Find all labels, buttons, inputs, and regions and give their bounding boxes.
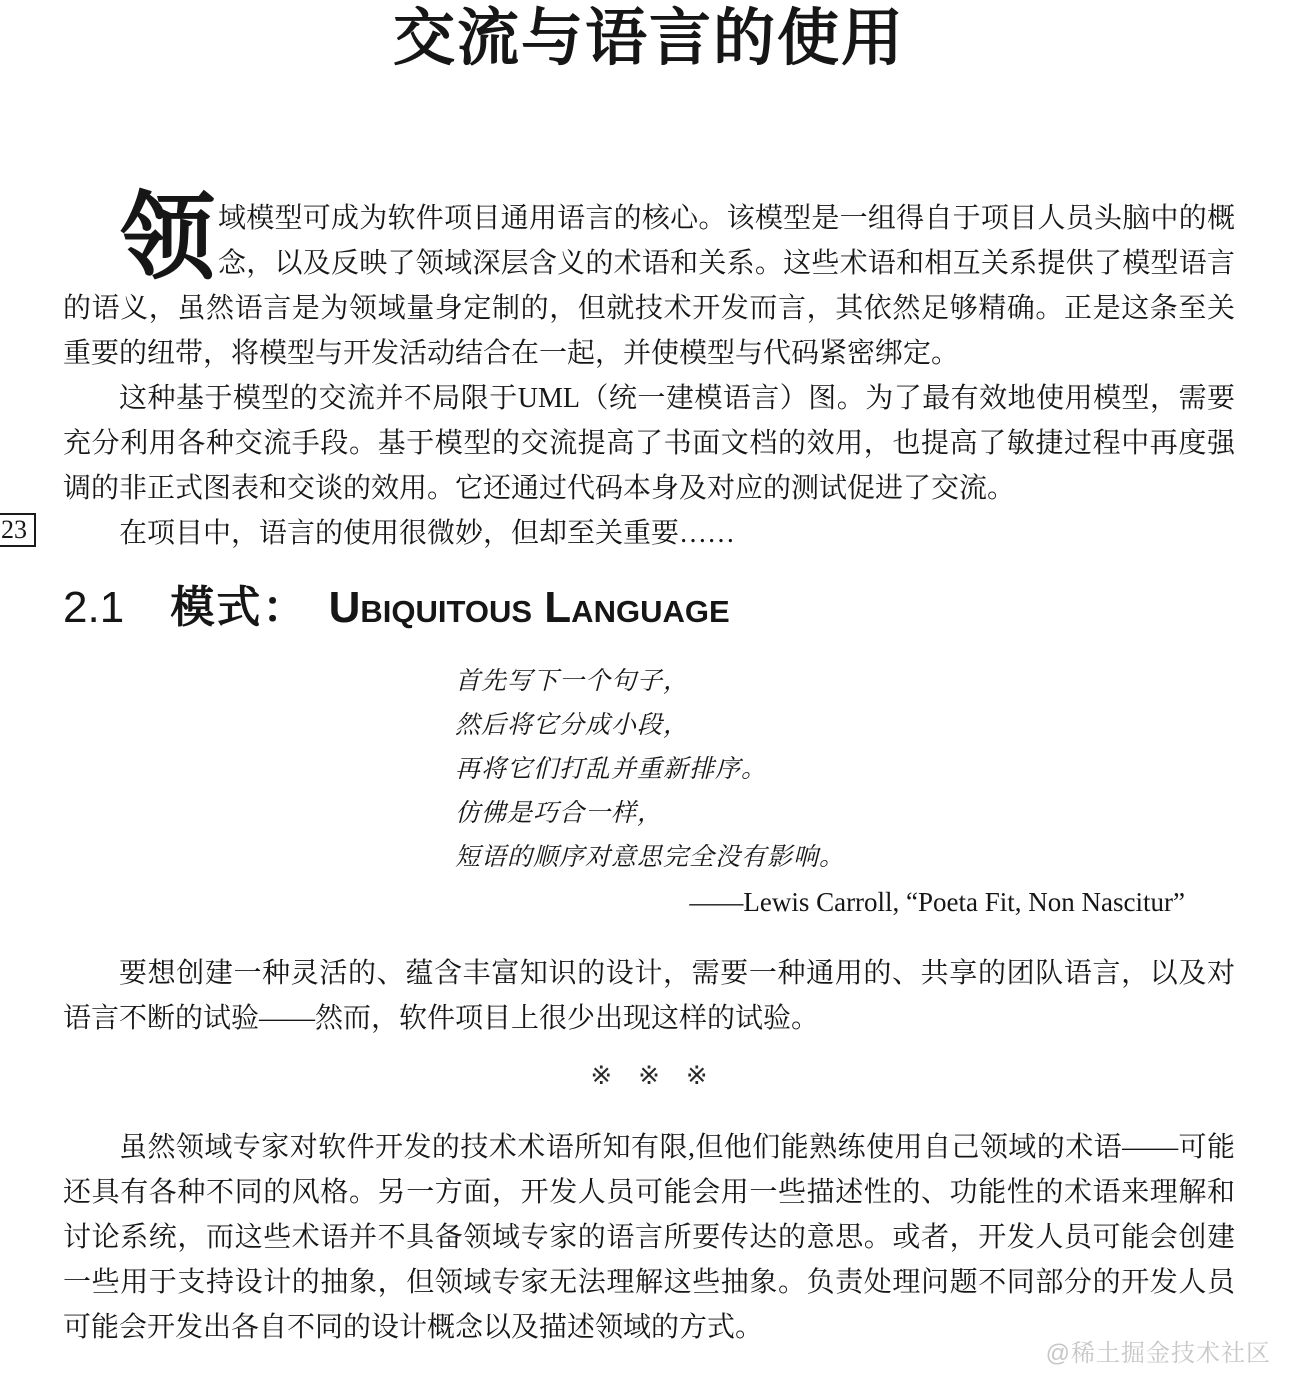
page-content: 交流与语言的使用 领 域模型可成为软件项目通用语言的核心。该模型是一组得自于项目… [0,4,1295,1350]
poem-block: 首先写下一个句子， 然后将它分成小段， 再将它们打乱并重新排序。 仿佛是巧合一样… [455,660,1235,880]
paragraph-language-subtle: 在项目中，语言的使用很微妙，但却至关重要…… [63,511,1235,556]
section-label: 模式： [170,583,308,632]
section-heading: 2.1 模式： Ubiquitous Language [63,582,1235,634]
pattern-name: Ubiquitous Language [329,583,730,632]
paragraph-intro: 领 域模型可成为软件项目通用语言的核心。该模型是一组得自于项目人员头脑中的概念，… [63,196,1235,376]
book-page: 23 交流与语言的使用 领 域模型可成为软件项目通用语言的核心。该模型是一组得自… [0,0,1295,1398]
section-separator-marks: ※ ※ ※ [63,1061,1235,1091]
poem-line: 然后将它分成小段， [455,704,1235,748]
watermark-text: @稀土掘金技术社区 [1046,1333,1271,1368]
margin-page-number-value: 23 [1,515,27,544]
paragraph-domain-experts: 虽然领域专家对软件开发的技术术语所知有限,但他们能熟练使用自己领域的术语——可能… [63,1125,1235,1350]
margin-page-number: 23 [0,513,36,547]
poem-line: 仿佛是巧合一样， [455,792,1235,836]
paragraph-model-communication: 这种基于模型的交流并不局限于UML（统一建模语言）图。为了最有效地使用模型，需要… [63,376,1235,511]
section-number: 2.1 [63,583,124,632]
paragraph-intro-text: 域模型可成为软件项目通用语言的核心。该模型是一组得自于项目人员头脑中的概念，以及… [63,203,1235,369]
dropcap-char: 领 [120,196,215,280]
poem-line: 再将它们打乱并重新排序。 [455,748,1235,792]
poem-attribution: ——Lewis Carroll, “Poeta Fit, Non Nascitu… [63,880,1185,925]
poem-line: 短语的顺序对意思完全没有影响。 [455,836,1235,880]
chapter-title: 交流与语言的使用 [63,4,1235,74]
poem-line: 首先写下一个句子， [455,660,1235,704]
paragraph-flexible-design: 要想创建一种灵活的、蕴含丰富知识的设计，需要一种通用的、共享的团队语言，以及对语… [63,951,1235,1041]
